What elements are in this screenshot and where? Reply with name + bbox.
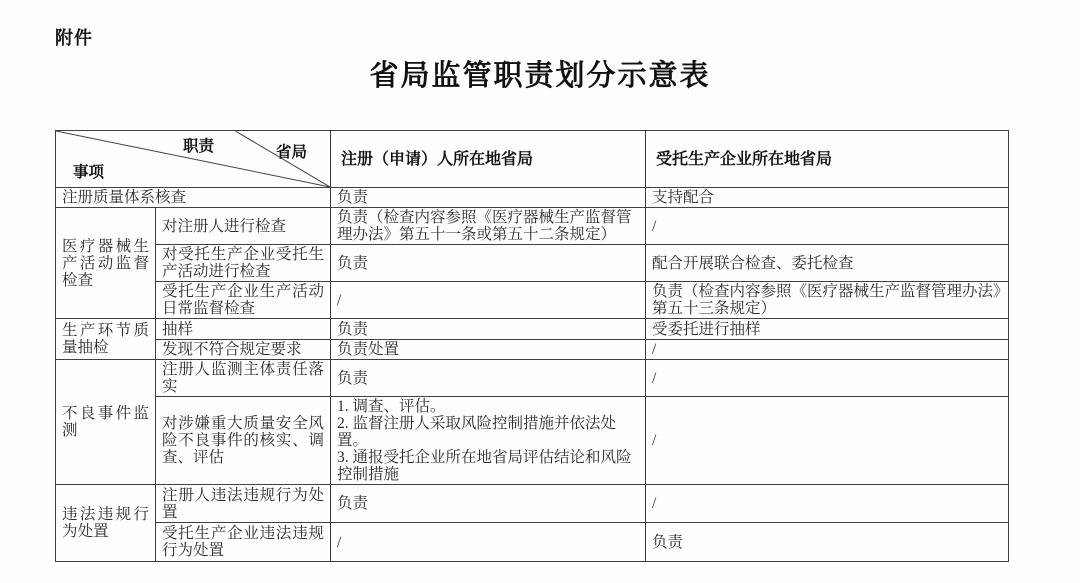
item-cell: 对受托生产企业受托生产活动进行检查 [156, 245, 331, 282]
entrusted-cell: / [646, 485, 1009, 523]
document-page: 附件 省局监管职责划分示意表 职责 省局 事项 注册（申请）人所在地省局 受托生… [0, 0, 1080, 583]
group-cell: 违法违规行为处置 [56, 485, 156, 562]
table-row: 注册质量体系核查 负责 支持配合 [56, 188, 1009, 208]
responsibility-table: 职责 省局 事项 注册（申请）人所在地省局 受托生产企业所在地省局 注册质量体系… [55, 130, 1009, 562]
corner-item-label: 事项 [73, 164, 104, 181]
item-cell: 注册质量体系核查 [56, 188, 331, 208]
registrant-cell: 负责（检查内容参照《医疗器械生产监督管理办法》第五十一条或第五十二条规定） [331, 208, 646, 245]
table-header-row: 职责 省局 事项 注册（申请）人所在地省局 受托生产企业所在地省局 [56, 131, 1009, 188]
entrusted-cell: / [646, 340, 1009, 360]
entrusted-cell: / [646, 397, 1009, 485]
corner-duty-label: 职责 [183, 138, 214, 155]
entrusted-cell: 受委托进行抽样 [646, 319, 1009, 340]
registrant-cell: 负责 [331, 360, 646, 397]
item-cell: 对涉嫌重大质量安全风险不良事件的核实、调查、评估 [156, 397, 331, 485]
table-row: 不良事件监测 注册人监测主体责任落实 负责 / [56, 360, 1009, 397]
registrant-cell: / [331, 282, 646, 319]
item-cell: 对注册人进行检查 [156, 208, 331, 245]
item-cell: 受托生产企业生产活动日常监督检查 [156, 282, 331, 319]
table-row: 违法违规行为处置 注册人违法违规行为处置 负责 / [56, 485, 1009, 523]
item-cell: 注册人违法违规行为处置 [156, 485, 331, 523]
corner-bureau-label: 省局 [276, 144, 307, 161]
attachment-label: 附件 [55, 24, 93, 50]
table-row: 发现不符合规定要求 负责处置 / [56, 340, 1009, 360]
item-cell: 注册人监测主体责任落实 [156, 360, 331, 397]
table-row: 受托生产企业违法违规行为处置 / 负责 [56, 523, 1009, 562]
registrant-cell: 负责处置 [331, 340, 646, 360]
registrant-cell: 负责 [331, 188, 646, 208]
table-row: 受托生产企业生产活动日常监督检查 / 负责（检查内容参照《医疗器械生产监督管理办… [56, 282, 1009, 319]
col-header-entrusted-province: 受托生产企业所在地省局 [646, 131, 1009, 188]
registrant-cell: / [331, 523, 646, 562]
table-row: 对涉嫌重大质量安全风险不良事件的核实、调查、评估 1. 调查、评估。 2. 监督… [56, 397, 1009, 485]
item-cell: 受托生产企业违法违规行为处置 [156, 523, 331, 562]
page-title: 省局监管职责划分示意表 [0, 53, 1080, 94]
corner-cell: 职责 省局 事项 [56, 131, 331, 188]
group-cell: 医疗器械生产活动监督检查 [56, 208, 156, 319]
table-row: 医疗器械生产活动监督检查 对注册人进行检查 负责（检查内容参照《医疗器械生产监督… [56, 208, 1009, 245]
entrusted-cell: 支持配合 [646, 188, 1009, 208]
group-cell: 生产环节质量抽检 [56, 319, 156, 360]
entrusted-cell: 负责 [646, 523, 1009, 562]
item-cell: 抽样 [156, 319, 331, 340]
entrusted-cell: 配合开展联合检查、委托检查 [646, 245, 1009, 282]
group-cell: 不良事件监测 [56, 360, 156, 485]
entrusted-cell: / [646, 360, 1009, 397]
table-row: 对受托生产企业受托生产活动进行检查 负责 配合开展联合检查、委托检查 [56, 245, 1009, 282]
registrant-cell: 负责 [331, 245, 646, 282]
table-row: 生产环节质量抽检 抽样 负责 受委托进行抽样 [56, 319, 1009, 340]
col-header-registrant-province: 注册（申请）人所在地省局 [331, 131, 646, 188]
registrant-cell: 负责 [331, 485, 646, 523]
registrant-cell: 负责 [331, 319, 646, 340]
registrant-cell: 1. 调查、评估。 2. 监督注册人采取风险控制措施并依法处置。 3. 通报受托… [331, 397, 646, 485]
entrusted-cell: / [646, 208, 1009, 245]
entrusted-cell: 负责（检查内容参照《医疗器械生产监督管理办法》第五十三条规定） [646, 282, 1009, 319]
item-cell: 发现不符合规定要求 [156, 340, 331, 360]
